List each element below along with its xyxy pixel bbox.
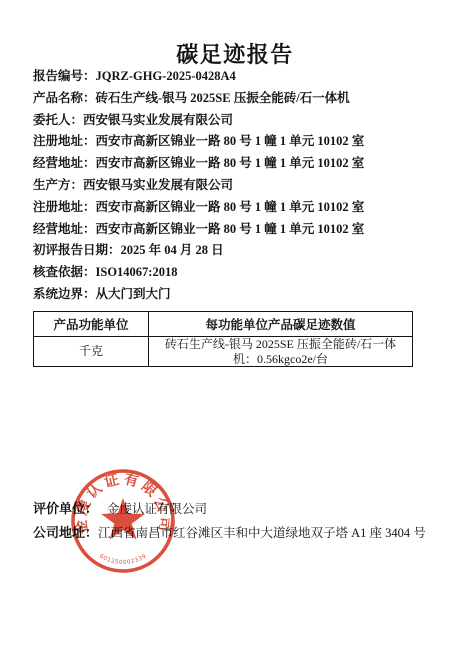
field-system-boundary: 系统边界：从大门到大门 xyxy=(33,284,456,306)
report-page: 碳足迹报告 报告编号：JQRZ-GHG-2025-0428A4 产品名称：砖石生… xyxy=(0,0,470,650)
seal-star-icon xyxy=(101,498,145,540)
page-title: 碳足迹报告 xyxy=(0,38,470,69)
table-row: 千克 砖石生产线-银马 2025SE 压振全能砖/石一体机：0.56kgco2e… xyxy=(34,337,413,367)
report-fields: 报告编号：JQRZ-GHG-2025-0428A4 产品名称：砖石生产线-银马 … xyxy=(33,66,456,306)
cell-footprint-value: 砖石生产线-银马 2025SE 压振全能砖/石一体机：0.56kgco2e/台 xyxy=(149,337,413,367)
table-header-row: 产品功能单位 每功能单位产品碳足迹数值 xyxy=(34,312,413,337)
company-seal-stamp: 金虔认证有限公司 16012500023393 xyxy=(68,466,178,576)
field-business-address-1: 经营地址：西安市高新区锦业一路 80 号 1 幢 1 单元 10102 室 xyxy=(33,153,456,175)
field-report-number: 报告编号：JQRZ-GHG-2025-0428A4 xyxy=(33,66,456,88)
field-business-address-2: 经营地址：西安市高新区锦业一路 80 号 1 幢 1 单元 10102 室 xyxy=(33,219,456,241)
header-footprint-value: 每功能单位产品碳足迹数值 xyxy=(149,312,413,337)
field-manufacturer: 生产方：西安银马实业发展有限公司 xyxy=(33,175,456,197)
cell-functional-unit: 千克 xyxy=(34,337,149,367)
carbon-footprint-table: 产品功能单位 每功能单位产品碳足迹数值 千克 砖石生产线-银马 2025SE 压… xyxy=(33,311,413,367)
field-registered-address-2: 注册地址：西安市高新区锦业一路 80 号 1 幢 1 单元 10102 室 xyxy=(33,197,456,219)
field-verification-basis: 核查依据：ISO14067:2018 xyxy=(33,262,456,284)
header-functional-unit: 产品功能单位 xyxy=(34,312,149,337)
field-client: 委托人：西安银马实业发展有限公司 xyxy=(33,110,456,132)
field-product-name: 产品名称：砖石生产线-银马 2025SE 压振全能砖/石一体机 xyxy=(33,88,456,110)
field-registered-address-1: 注册地址：西安市高新区锦业一路 80 号 1 幢 1 单元 10102 室 xyxy=(33,131,456,153)
field-initial-report-date: 初评报告日期：2025 年 04 月 28 日 xyxy=(33,240,456,262)
